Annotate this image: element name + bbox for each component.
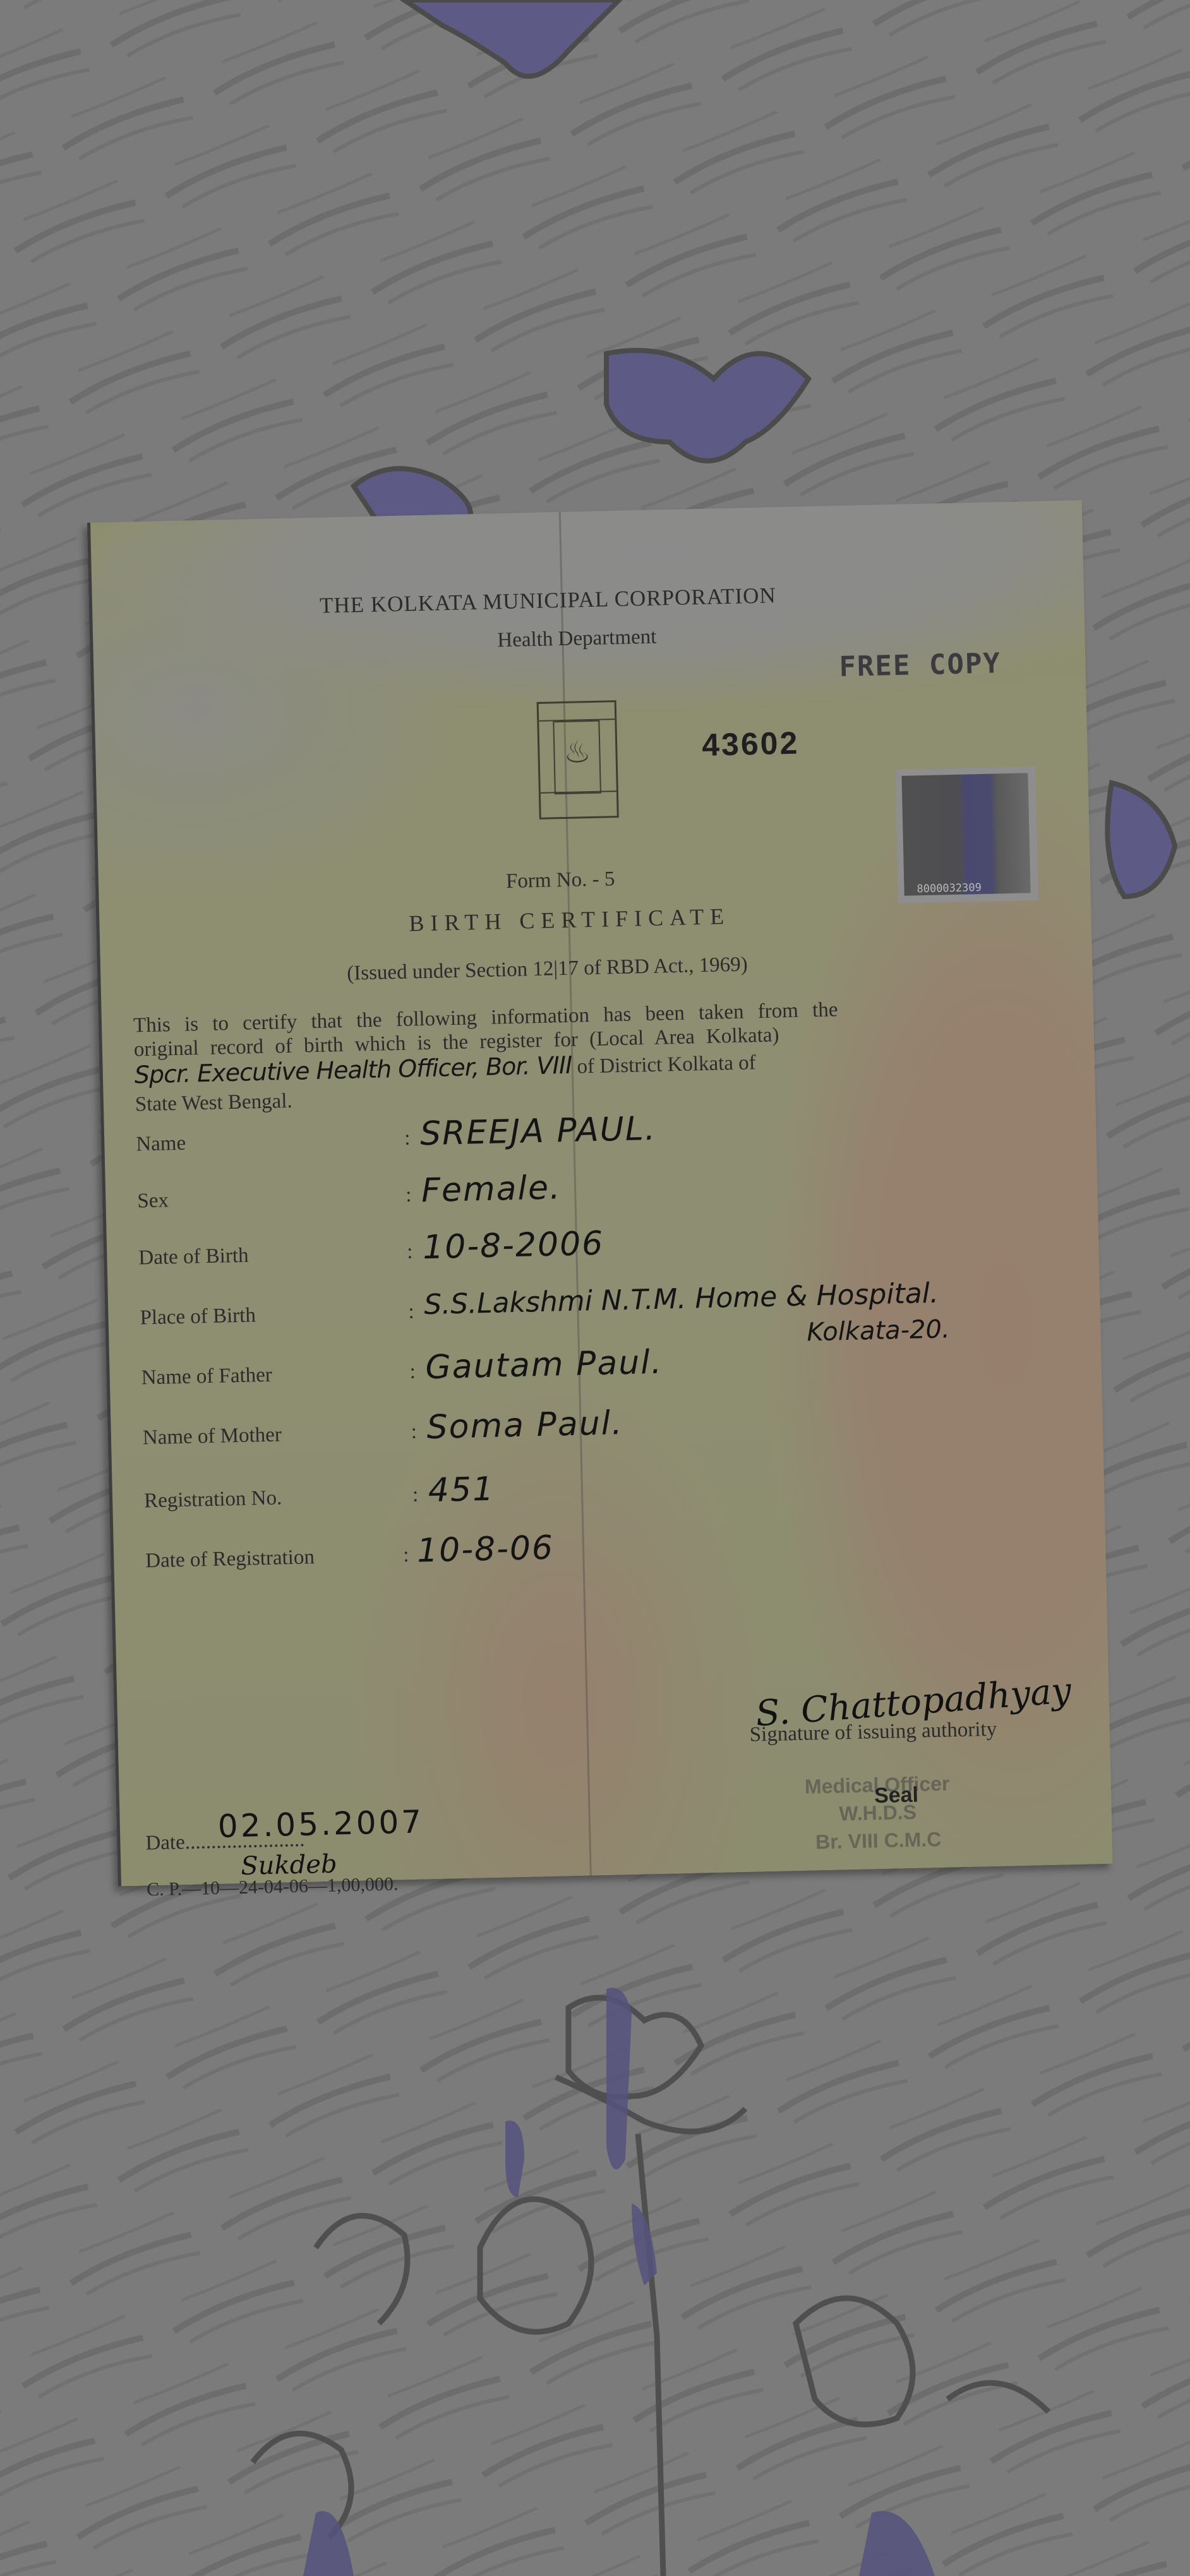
certificate-number: 43602	[702, 725, 800, 763]
field-label: Name of Mother	[142, 1423, 282, 1450]
seal-label: Seal	[874, 1783, 919, 1809]
field-value: Gautam Paul.	[425, 1344, 663, 1387]
field-name-of-mother: Name of Mother : Soma Paul.	[142, 1394, 1078, 1460]
field-value: SREEJA PAUL.	[419, 1110, 656, 1153]
field-value: S.S.Lakshmi N.T.M. Home & Hospital.	[424, 1277, 939, 1321]
field-registration-no: Registration No. : 451	[143, 1457, 1079, 1523]
field-label: Name of Father	[141, 1364, 272, 1390]
hologram-sticker: 8000032309	[895, 766, 1038, 903]
field-colon: :	[411, 1421, 417, 1444]
department-subtitle: Health Department	[497, 626, 657, 653]
form-number: Form No. - 5	[506, 868, 615, 893]
field-label: Date of Registration	[145, 1546, 315, 1573]
issued-under-note: (Issued under Section 12|17 of RBD Act.,…	[347, 953, 748, 985]
hologram-serial: 8000032309	[917, 881, 982, 895]
field-colon: :	[403, 1544, 409, 1567]
field-colon: :	[406, 1184, 412, 1207]
issue-date-value: 02.05.2007	[217, 1803, 424, 1844]
field-sex: Sex : Female.	[137, 1157, 1073, 1223]
field-label: Name	[136, 1132, 186, 1157]
field-colon: :	[404, 1127, 411, 1150]
organization-title: THE KOLKATA MUNICIPAL CORPORATION	[320, 583, 777, 618]
birth-certificate: THE KOLKATA MUNICIPAL CORPORATION Health…	[87, 500, 1113, 1886]
field-value: Female.	[421, 1169, 562, 1210]
medical-officer-stamp: Medical Officer W.H.D.S Br. VIII C.M.C	[782, 1769, 973, 1857]
preamble-line-3-suffix: of District Kolkata of	[577, 1051, 756, 1078]
field-value: 10-8-06	[416, 1529, 554, 1570]
certificate-title: BIRTH CERTIFICATE	[409, 903, 731, 937]
field-colon: :	[407, 1241, 413, 1264]
stamp-line: Br. VIII C.M.C	[783, 1825, 973, 1857]
field-label: Date of Birth	[138, 1244, 249, 1270]
field-colon: :	[408, 1301, 414, 1324]
hologram-icon	[901, 773, 1030, 895]
field-label: Registration No.	[144, 1486, 282, 1513]
issue-date-label-text: Date	[145, 1831, 185, 1854]
field-value: 10-8-2006	[423, 1225, 604, 1267]
field-label: Place of Birth	[140, 1304, 256, 1330]
free-copy-stamp: FREE COPY	[839, 647, 1002, 683]
field-date-of-registration: Date of Registration : 10-8-06	[145, 1517, 1081, 1583]
field-date-of-birth: Date of Birth : 10-8-2006	[138, 1214, 1074, 1280]
field-label: Sex	[137, 1189, 169, 1213]
field-value: Soma Paul.	[426, 1404, 623, 1446]
field-colon: :	[412, 1484, 419, 1507]
field-name-of-father: Name of Father : Gautam Paul.	[141, 1334, 1076, 1400]
kmc-emblem-icon: ♨	[537, 700, 619, 820]
signature-caption: Signature of issuing authority	[749, 1718, 997, 1747]
field-colon: :	[409, 1361, 416, 1384]
field-value: 451	[428, 1470, 495, 1510]
